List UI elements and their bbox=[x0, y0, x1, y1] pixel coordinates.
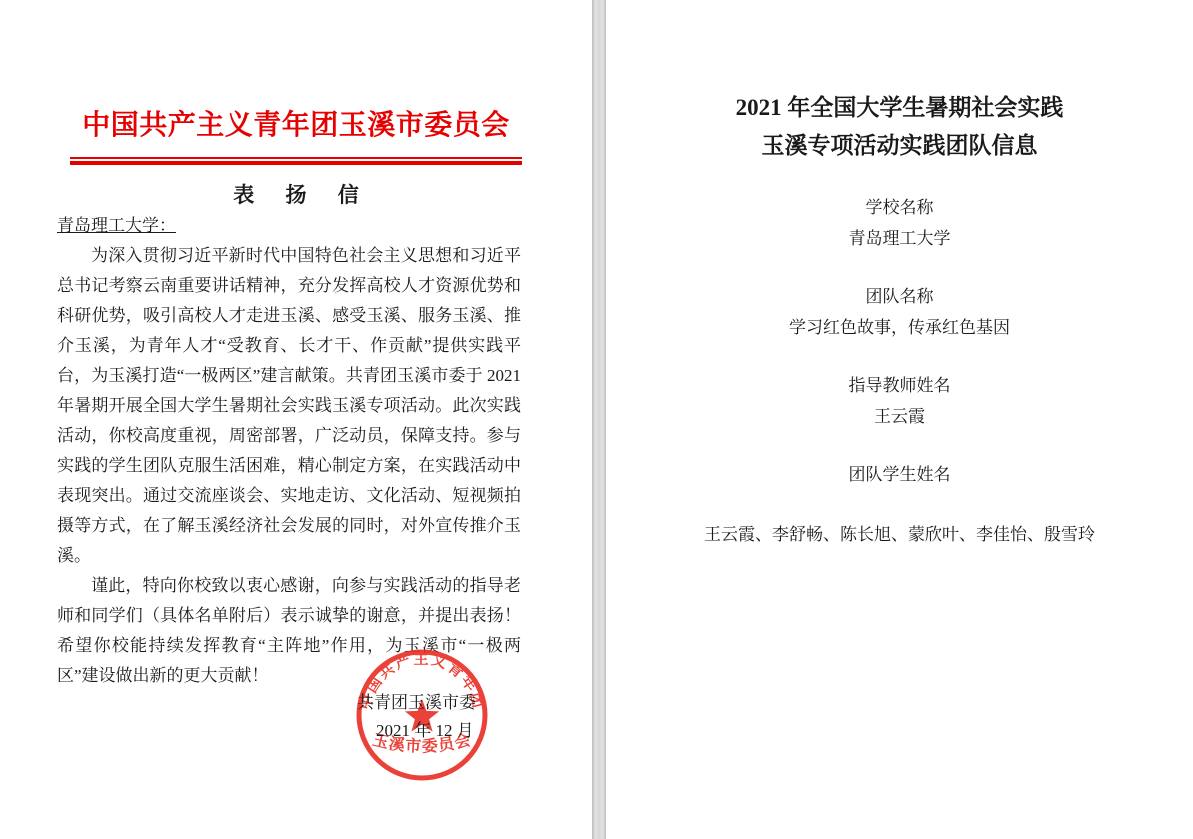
field-label-school-name: 学校名称 bbox=[606, 192, 1193, 223]
salutation-line: 青岛理工大学： bbox=[57, 211, 521, 241]
field-value-school-name: 青岛理工大学 bbox=[606, 223, 1193, 254]
field-label-student-names: 团队学生姓名 bbox=[606, 459, 1193, 490]
official-seal: 中国共产主义青年团 玉溪市委员会 bbox=[352, 645, 492, 785]
red-header-rule bbox=[70, 157, 522, 165]
field-label-team-name: 团队名称 bbox=[606, 281, 1193, 312]
team-info-page: 2021 年全国大学生暑期社会实践 玉溪专项活动实践团队信息 学校名称 青岛理工… bbox=[606, 0, 1193, 839]
letter-title: 表 扬 信 bbox=[0, 179, 592, 211]
field-school-name: 学校名称 青岛理工大学 bbox=[606, 192, 1193, 254]
letter-page: 中国共产主义青年团玉溪市委员会 表 扬 信 青岛理工大学： 为深入贯彻习近平新时… bbox=[0, 0, 592, 839]
field-value-student-names: 王云霞、李舒畅、陈长旭、蒙欣叶、李佳怡、殷雪玲 bbox=[606, 519, 1193, 550]
team-info-title-line2: 玉溪专项活动实践团队信息 bbox=[606, 127, 1193, 165]
salutation: 青岛理工大学： bbox=[57, 211, 176, 241]
field-team-name: 团队名称 学习红色故事，传承红色基因 bbox=[606, 281, 1193, 343]
field-advisor-name: 指导教师姓名 王云霞 bbox=[606, 370, 1193, 432]
letter-body: 青岛理工大学： 为深入贯彻习近平新时代中国特色社会主义思想和习近平总书记考察云南… bbox=[0, 211, 592, 691]
field-value-advisor-name: 王云霞 bbox=[606, 401, 1193, 432]
signature-date: 2021 年 12 月 bbox=[376, 720, 474, 742]
team-info-fields: 学校名称 青岛理工大学 团队名称 学习红色故事，传承红色基因 指导教师姓名 王云… bbox=[606, 192, 1193, 550]
field-value-team-name: 学习红色故事，传承红色基因 bbox=[606, 312, 1193, 343]
signature-name: 共青团玉溪市委 bbox=[357, 692, 476, 714]
org-header-title: 中国共产主义青年团玉溪市委员会 bbox=[0, 103, 592, 148]
team-info-title-line1: 2021 年全国大学生暑期社会实践 bbox=[606, 89, 1193, 127]
field-label-advisor-name: 指导教师姓名 bbox=[606, 370, 1193, 401]
field-student-names: 团队学生姓名 王云霞、李舒畅、陈长旭、蒙欣叶、李佳怡、殷雪玲 bbox=[606, 459, 1193, 550]
letter-paragraph-1: 为深入贯彻习近平新时代中国特色社会主义思想和习近平总书记考察云南重要讲话精神，充… bbox=[57, 241, 521, 571]
page-divider bbox=[592, 0, 606, 839]
